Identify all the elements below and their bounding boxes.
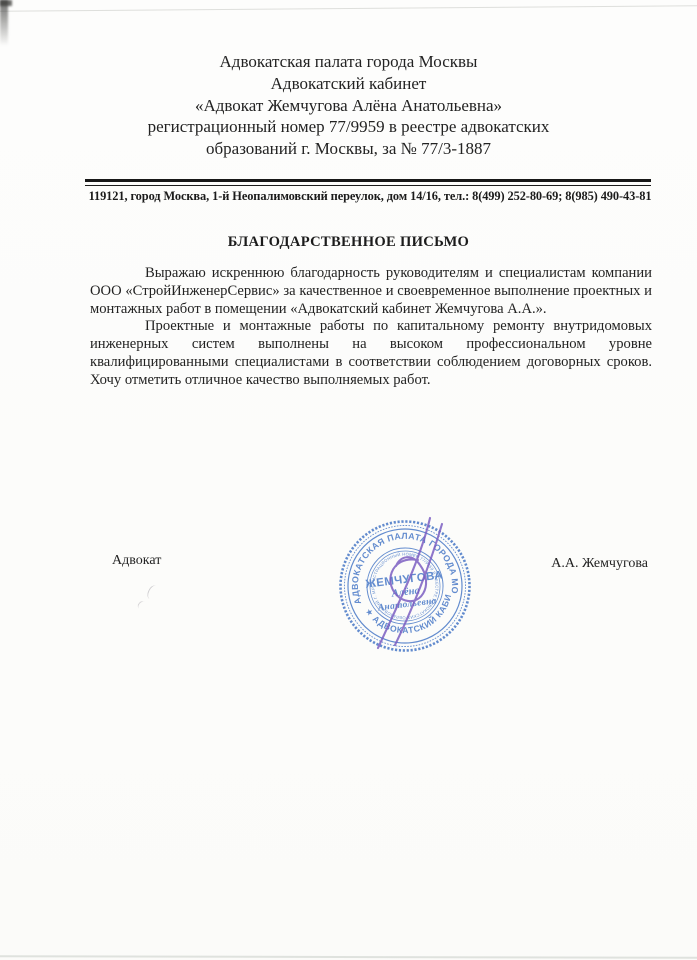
signatory-name-label: А.А. Жемчугова	[551, 556, 648, 572]
letter-body: Выражаю искреннюю благодарность руководи…	[90, 265, 652, 390]
scan-artifact-top-line	[0, 5, 697, 12]
letter-paragraph-2: Проектные и монтажные работы по капиталь…	[90, 318, 652, 389]
letterhead-org-line: Адвокатская палата города Москвы	[0, 51, 697, 73]
scanned-letter-page: Адвокатская палата города Москвы Адвокат…	[0, 0, 697, 960]
scan-artifact-pencil-smudge	[136, 599, 148, 611]
letterhead-divider-rule	[85, 179, 651, 186]
scan-artifact-corner-dot	[0, 0, 12, 6]
letterhead-address-line: 119121, город Москва, 1-й Неопалимовский…	[88, 189, 652, 204]
letterhead-advocate-line: «Адвокат Жемчугова Алёна Анатольевна»	[0, 95, 697, 117]
letter-paragraph-1: Выражаю искреннюю благодарность руководи…	[90, 265, 652, 318]
signatory-role-label: Адвокат	[112, 553, 161, 569]
scan-artifact-bottom-line	[0, 955, 697, 958]
letterhead: Адвокатская палата города Москвы Адвокат…	[0, 51, 697, 160]
letterhead-registration-line-1: регистрационный номер 77/9959 в реестре …	[0, 116, 697, 138]
scan-artifact-pencil-smudge	[145, 584, 161, 602]
letterhead-registration-line-2: образований г. Москвы, за № 77/3-1887	[0, 138, 697, 160]
scan-artifact-corner-streak	[0, 0, 8, 46]
letter-title: БЛАГОДАРСТВЕННОЕ ПИСЬМО	[0, 234, 697, 251]
letterhead-office-line: Адвокатский кабинет	[0, 73, 697, 95]
official-stamp: АДВОКАТСКАЯ ПАЛАТА ГОРОДА МОСКВЫ ★ АДВОК…	[335, 516, 475, 658]
